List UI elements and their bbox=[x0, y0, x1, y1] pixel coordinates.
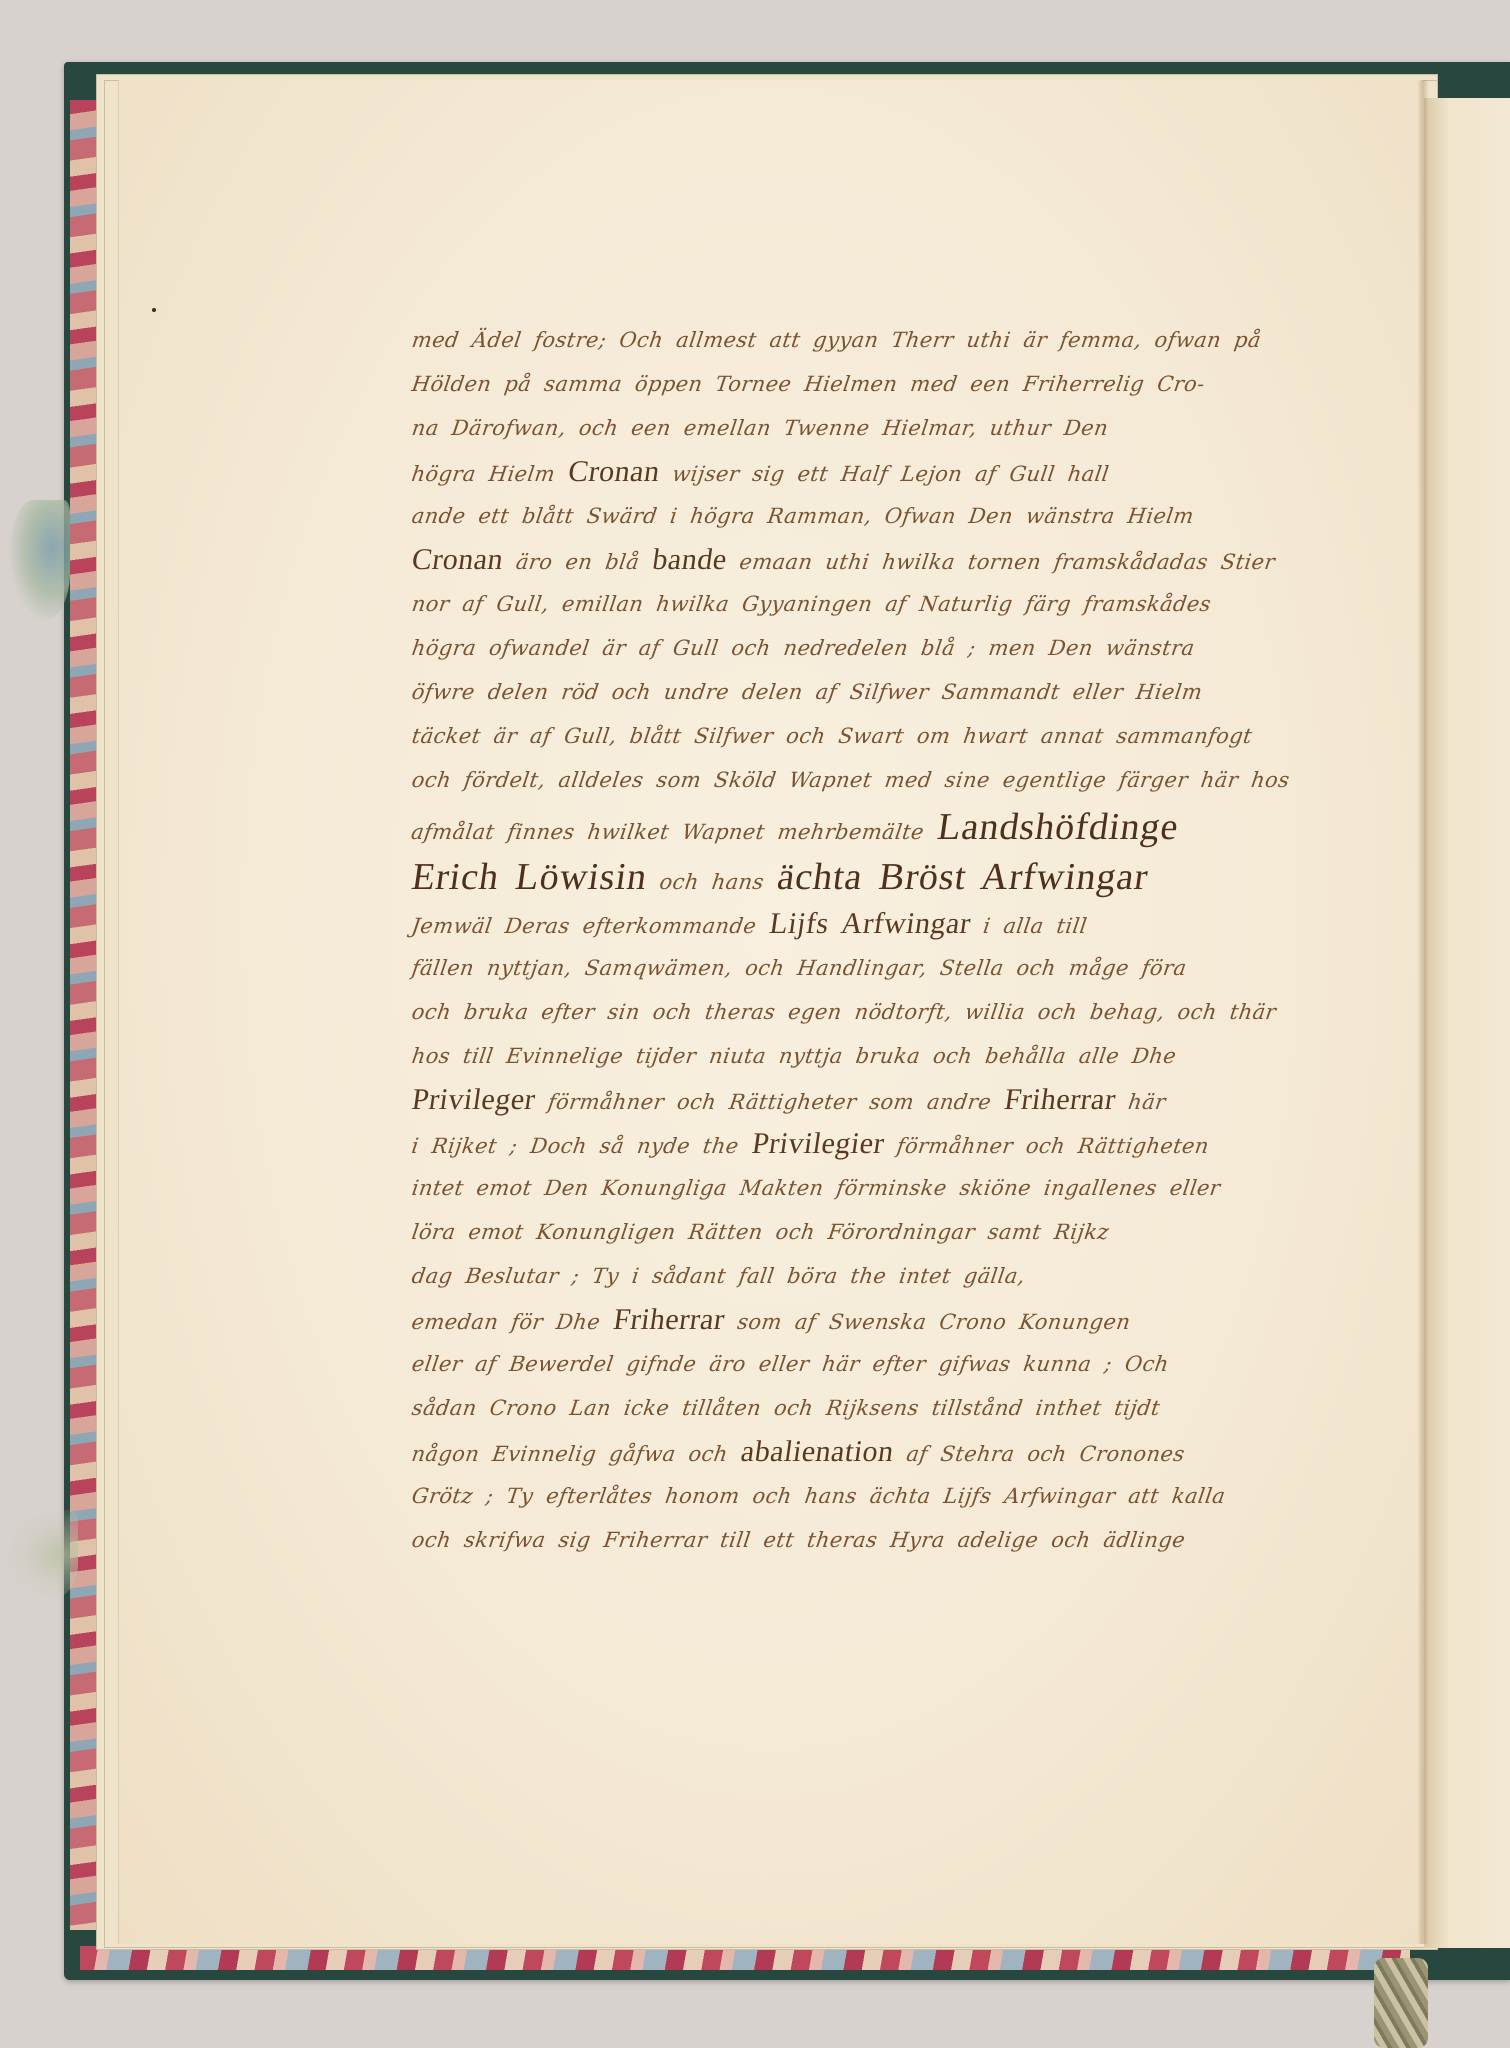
manuscript-line: emedan för Dhe Friherrar som af Swenska … bbox=[409, 1298, 1315, 1342]
text-segment: täcket är af Gull, blått Silfwer och Swa… bbox=[410, 724, 1253, 748]
calligraphic-word: Friherrar bbox=[611, 1303, 727, 1336]
text-segment: afmålat finnes hwilket Wapnet mehrbemält… bbox=[410, 820, 939, 844]
calligraphic-word: Privilegier bbox=[750, 1127, 887, 1160]
text-segment: förmåhner och Rättigheter som andre bbox=[533, 1090, 1006, 1114]
text-segment: med Ädel fostre; Och allmest att gyyan T… bbox=[410, 328, 1262, 352]
margin-ink-dot bbox=[152, 308, 156, 312]
text-segment: nor af Gull, emillan hwilka Gyyaningen a… bbox=[410, 592, 1212, 616]
manuscript-line: Hölden på samma öppen Tornee Hielmen med… bbox=[409, 362, 1315, 406]
manuscript-line: och bruka efter sin och theras egen nödt… bbox=[409, 990, 1315, 1034]
calligraphic-word: Friherrar bbox=[1002, 1083, 1118, 1116]
manuscript-line: Jemwäl Deras efterkommande Lijfs Arfwing… bbox=[409, 902, 1315, 946]
manuscript-line: någon Evinnelig gåfwa och abalienation a… bbox=[409, 1430, 1315, 1474]
text-segment: och skrifwa sig Friherrar till ett thera… bbox=[410, 1528, 1187, 1552]
text-segment: Hölden på samma öppen Tornee Hielmen med… bbox=[410, 372, 1206, 396]
manuscript-text: med Ädel fostre; Och allmest att gyyan T… bbox=[412, 318, 1312, 1562]
text-segment: Grötz ; Ty efterlåtes honom och hans äch… bbox=[410, 1484, 1227, 1508]
page-gutter bbox=[1418, 80, 1428, 1944]
text-segment: Jemwäl Deras bbox=[410, 914, 584, 938]
calligraphic-word: Lijfs Arfwingar bbox=[767, 907, 973, 940]
text-segment: wijser sig ett Half Lejon af Gull hall bbox=[658, 462, 1111, 486]
text-segment: och fördelt, alldeles som Sköld Wapnet m… bbox=[410, 768, 1291, 792]
text-segment: och bruka efter sin och theras egen nödt… bbox=[410, 1000, 1277, 1024]
calligraphic-word: Erich Löwisin bbox=[409, 856, 650, 898]
manuscript-line: ande ett blått Swärd i högra Ramman, Ofw… bbox=[409, 494, 1315, 538]
manuscript-line: Cronan äro en blå bande emaan uthi hwilk… bbox=[409, 538, 1315, 582]
text-segment: af Stehra och Cronones bbox=[892, 1442, 1186, 1466]
text-segment: högra ofwandel är af Gull och nedredelen… bbox=[410, 636, 1196, 660]
silk-tassel-bottom-icon bbox=[8, 1510, 78, 1600]
text-segment: fällen nyttjan, Samqwämen, och Handlinga… bbox=[410, 956, 1188, 980]
manuscript-line: öfwre delen röd och undre delen af Silfw… bbox=[409, 670, 1315, 714]
braided-cord-icon bbox=[1374, 1958, 1428, 2048]
text-segment: äro en blå bbox=[501, 550, 654, 574]
manuscript-line: och skrifwa sig Friherrar till ett thera… bbox=[409, 1518, 1315, 1562]
text-segment: efterkommande bbox=[581, 914, 771, 938]
manuscript-line: och fördelt, alldeles som Sköld Wapnet m… bbox=[409, 758, 1315, 802]
manuscript-line: Privileger förmåhner och Rättigheter som… bbox=[409, 1078, 1315, 1122]
text-segment: som af Swenska Crono Konungen bbox=[723, 1310, 1132, 1334]
manuscript-line: hos till Evinnelige tijder niuta nyttja … bbox=[409, 1034, 1315, 1078]
calligraphic-word: ächta Bröst Arfwingar bbox=[775, 856, 1152, 898]
text-segment: någon Evinnelig gåfwa och bbox=[410, 1442, 743, 1466]
manuscript-line: Erich Löwisin och hans ächta Bröst Arfwi… bbox=[408, 852, 1315, 902]
manuscript-line: med Ädel fostre; Och allmest att gyyan T… bbox=[409, 318, 1315, 362]
text-segment: intet emot Den Konungliga Makten förmins… bbox=[410, 1176, 1222, 1200]
text-segment: emedan för Dhe bbox=[410, 1310, 615, 1334]
text-segment: hos till Evinnelige tijder niuta nyttja … bbox=[410, 1044, 1178, 1068]
text-segment: sådan Crono Lan icke tillåten och Rijkse… bbox=[410, 1396, 1161, 1420]
text-segment: i Rijket ; Doch så nyde the bbox=[410, 1134, 753, 1158]
manuscript-line: sådan Crono Lan icke tillåten och Rijkse… bbox=[409, 1386, 1315, 1430]
manuscript-line: högra Hielm Cronan wijser sig ett Half L… bbox=[409, 450, 1315, 494]
calligraphic-word: Landshöfdinge bbox=[935, 806, 1182, 848]
text-segment: och hans bbox=[645, 870, 779, 894]
text-segment: löra emot Konungligen Rätten och Förordn… bbox=[410, 1220, 1111, 1244]
calligraphic-word: Privileger bbox=[410, 1083, 538, 1116]
text-segment: emaan uthi hwilka tornen framskådadas St… bbox=[725, 550, 1277, 574]
text-segment: öfwre delen röd och undre delen af Silfw… bbox=[410, 680, 1204, 704]
manuscript-line: högra ofwandel är af Gull och nedredelen… bbox=[409, 626, 1315, 670]
calligraphic-word: bande bbox=[650, 543, 729, 576]
manuscript-line: i Rijket ; Doch så nyde the Privilegier … bbox=[409, 1122, 1315, 1166]
manuscript-line: nor af Gull, emillan hwilka Gyyaningen a… bbox=[409, 582, 1315, 626]
manuscript-line: eller af Bewerdel gifnde äro eller här e… bbox=[409, 1342, 1315, 1386]
manuscript-line: löra emot Konungligen Rätten och Förordn… bbox=[409, 1210, 1315, 1254]
manuscript-line: täcket är af Gull, blått Silfwer och Swa… bbox=[409, 714, 1315, 758]
manuscript-line: intet emot Den Konungliga Makten förmins… bbox=[409, 1166, 1315, 1210]
text-segment: na Därofwan, och een emellan Twenne Hiel… bbox=[410, 416, 1109, 440]
silk-tassel-top-icon bbox=[10, 500, 70, 620]
text-segment: eller af Bewerdel gifnde äro eller här e… bbox=[410, 1352, 1170, 1376]
manuscript-line: fällen nyttjan, Samqwämen, och Handlinga… bbox=[409, 946, 1315, 990]
calligraphic-word: Cronan bbox=[410, 543, 506, 576]
manuscript-line: afmålat finnes hwilket Wapnet mehrbemält… bbox=[408, 802, 1315, 852]
manuscript-line: dag Beslutar ; Ty i sådant fall böra the… bbox=[409, 1254, 1315, 1298]
text-segment: högra Hielm bbox=[410, 462, 570, 486]
text-segment: här bbox=[1114, 1090, 1168, 1114]
text-segment: i alla till bbox=[969, 914, 1089, 938]
text-segment: dag Beslutar ; Ty i sådant fall böra the… bbox=[410, 1264, 1026, 1288]
text-segment: ande ett blått Swärd i högra Ramman, Ofw… bbox=[410, 504, 1195, 528]
text-segment: förmåhner och Rättigheten bbox=[882, 1134, 1210, 1158]
calligraphic-word: Cronan bbox=[566, 455, 662, 488]
calligraphic-word: abalienation bbox=[739, 1435, 896, 1468]
facing-page-edge bbox=[1424, 98, 1510, 1948]
manuscript-line: na Därofwan, och een emellan Twenne Hiel… bbox=[409, 406, 1315, 450]
manuscript-line: Grötz ; Ty efterlåtes honom och hans äch… bbox=[409, 1474, 1315, 1518]
